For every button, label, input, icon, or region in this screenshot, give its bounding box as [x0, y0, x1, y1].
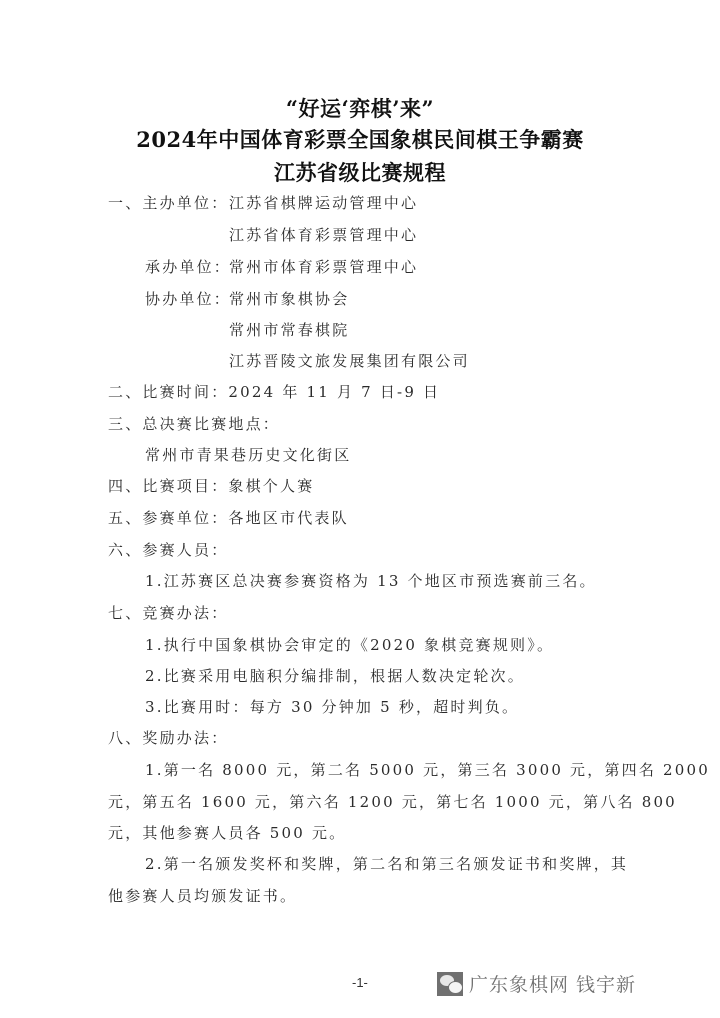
watermark-text: 广东象棋网 钱宇新	[469, 970, 636, 997]
organizer-label: 承办单位：	[145, 256, 231, 277]
section-6-label: 六、参赛人员：	[108, 539, 228, 560]
reward-item-1-line-2: 元，第五名 1600 元，第六名 1200 元，第七名 1000 元，第八名 8…	[108, 791, 677, 812]
co-organizer-label: 协办单位：	[145, 288, 231, 309]
wechat-icon	[437, 972, 463, 996]
venue: 常州市青果巷历史文化街区	[145, 444, 351, 465]
reward-item-2-line-1: 2.第一名颁发奖杯和奖牌，第二名和第三名颁发证书和奖牌，其	[145, 853, 628, 874]
title-slogan: “好运‘弈棋’来”	[0, 93, 720, 123]
competition-item-3: 3.比赛用时：每方 30 分钟加 5 秒，超时判负。	[145, 696, 519, 717]
co-organizer-1: 常州市象棋协会	[229, 288, 349, 309]
co-organizer-2: 常州市常春棋院	[229, 319, 349, 340]
section-2-time: 二、比赛时间：2024 年 11 月 7 日-9 日	[108, 381, 440, 402]
competition-item-1: 1.执行中国象棋协会审定的《2020 象棋竞赛规则》。	[145, 634, 554, 655]
reward-item-1-line-1: 1.第一名 8000 元，第二名 5000 元，第三名 3000 元，第四名 2…	[145, 759, 710, 780]
organizer: 常州市体育彩票管理中心	[229, 256, 418, 277]
host-1: 江苏省棋牌运动管理中心	[229, 192, 418, 213]
section-5-units: 五、参赛单位：各地区市代表队	[108, 507, 349, 528]
competition-item-2: 2.比赛采用电脑积分编排制，根据人数决定轮次。	[145, 665, 525, 686]
title-event: 2024年中国体育彩票全国象棋民间棋王争霸赛	[0, 124, 720, 154]
page-number: -1-	[352, 975, 368, 990]
participants-item-1: 1.江苏赛区总决赛参赛资格为 13 个地区市预选赛前三名。	[145, 570, 597, 591]
section-3-label: 三、总决赛比赛地点：	[108, 413, 280, 434]
section-8-label: 八、奖励办法：	[108, 727, 228, 748]
co-organizer-3: 江苏晋陵文旅发展集团有限公司	[229, 350, 470, 371]
section-7-label: 七、竞赛办法：	[108, 602, 228, 623]
section-1-label: 一、主办单位：	[108, 192, 228, 213]
section-4-event: 四、比赛项目：象棋个人赛	[108, 475, 314, 496]
title-rules: 江苏省级比赛规程	[0, 157, 720, 187]
reward-item-1-line-3: 元，其他参赛人员各 500 元。	[108, 822, 346, 843]
host-2: 江苏省体育彩票管理中心	[229, 224, 418, 245]
reward-item-2-line-2: 他参赛人员均颁发证书。	[108, 885, 297, 906]
watermark: 广东象棋网 钱宇新	[437, 970, 636, 997]
